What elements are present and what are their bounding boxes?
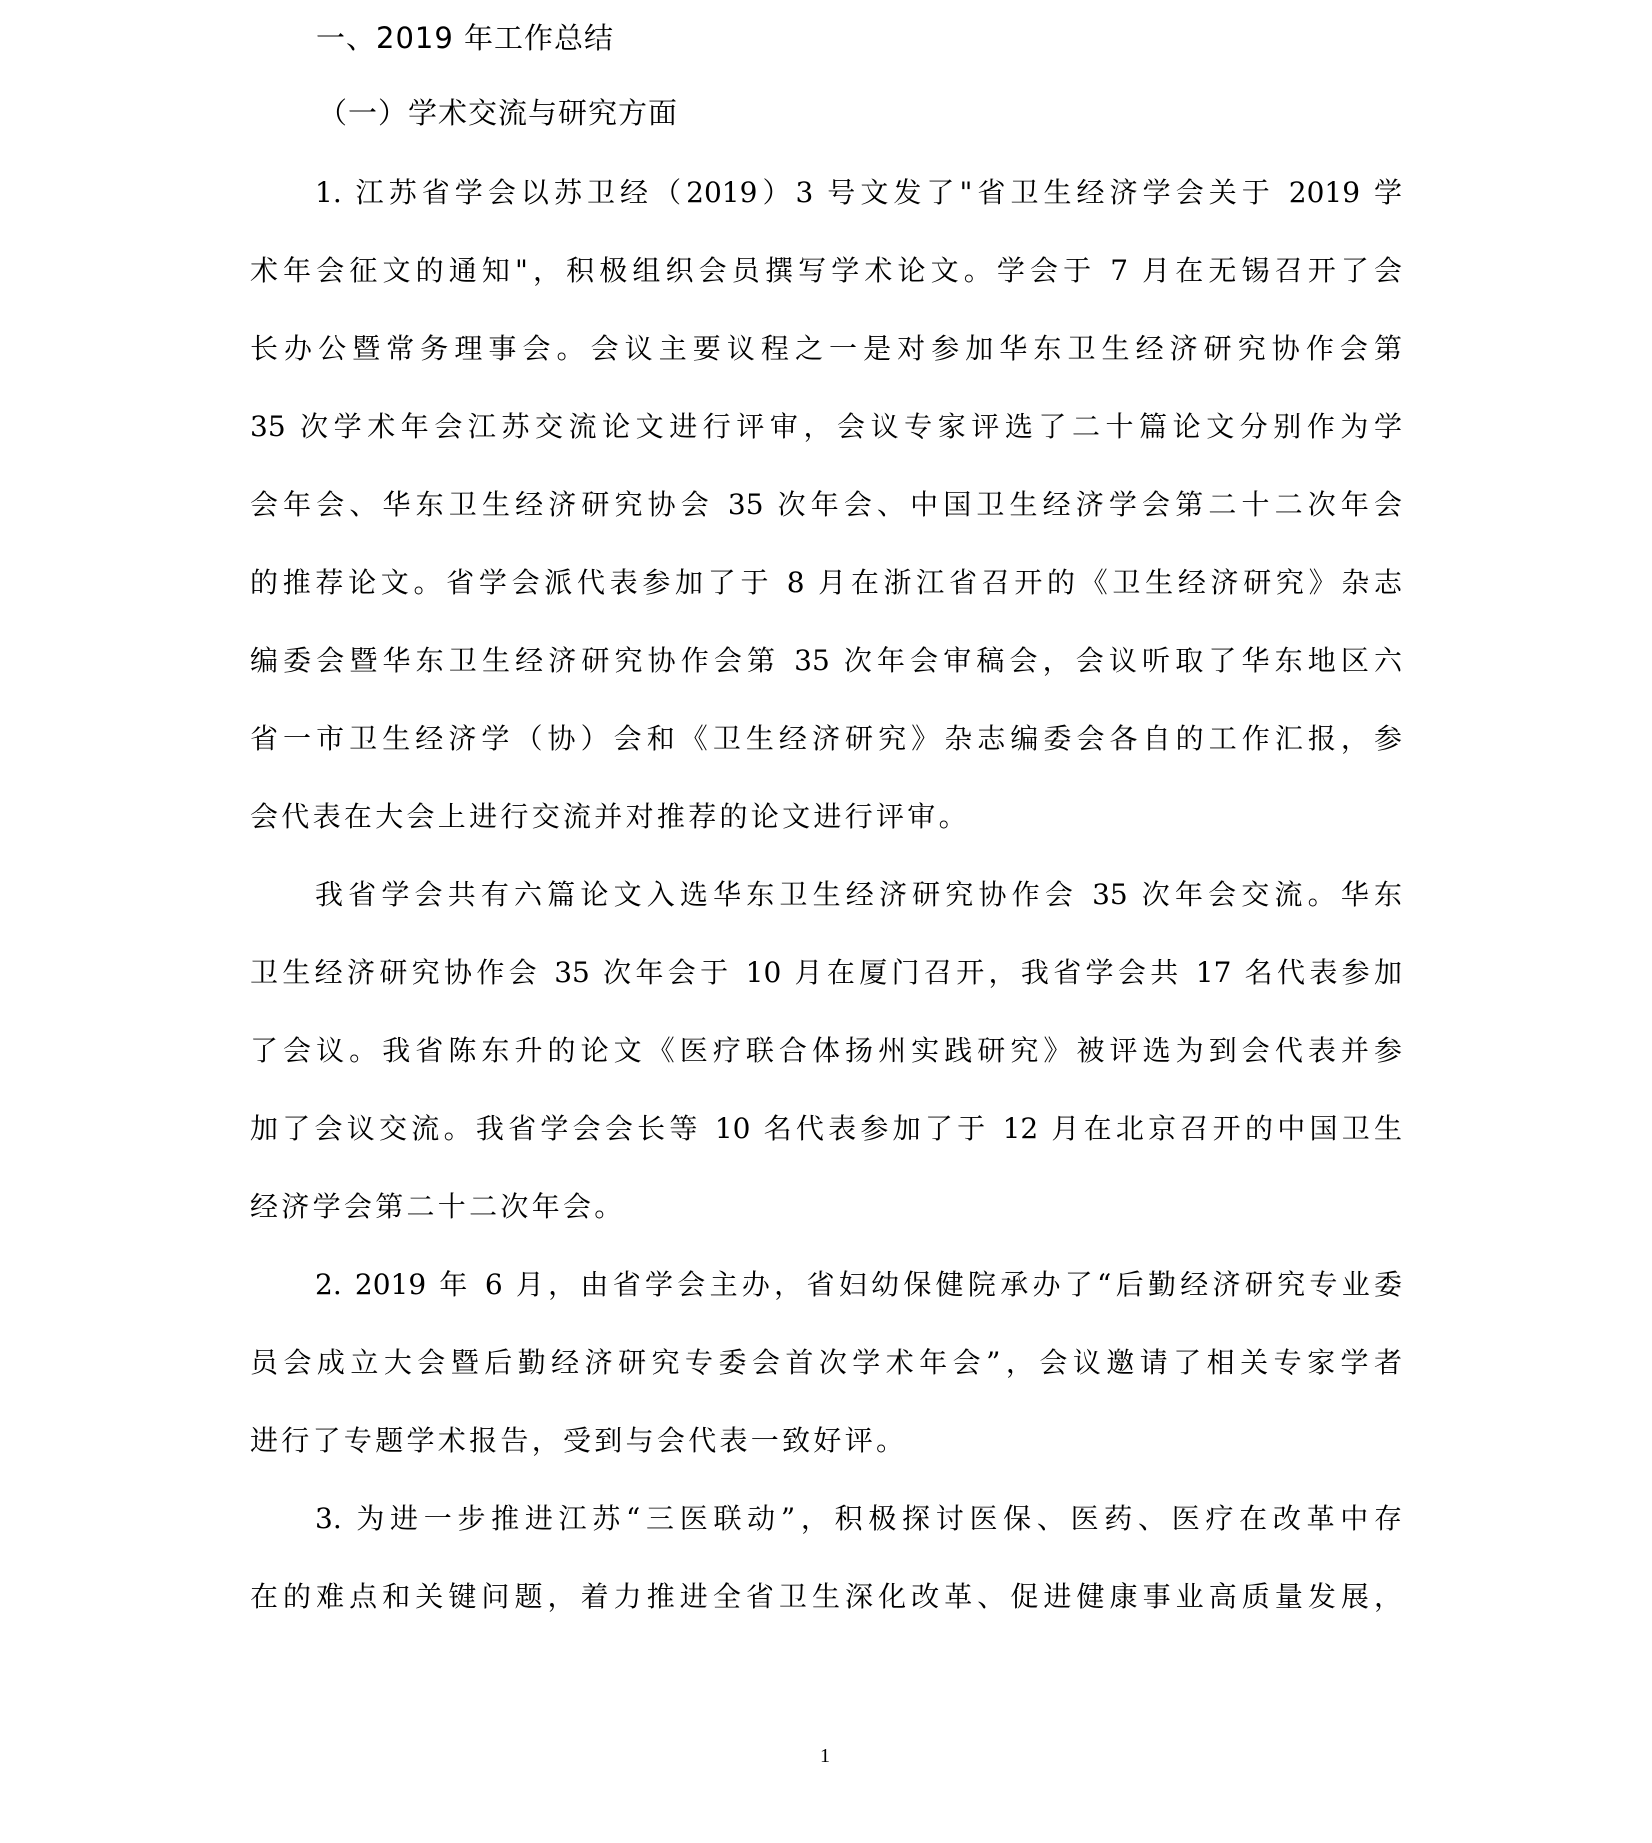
section-heading: 一、2019 年工作总结 <box>316 16 614 57</box>
text-line: 的推荐论文。省学会派代表参加了于 8 月在浙江省召开的《卫生经济研究》杂志 <box>250 563 1402 603</box>
text-line: 会代表在大会上进行交流并对推荐的论文进行评审。 <box>250 797 1402 837</box>
text-line: 长办公暨常务理事会。会议主要议程之一是对参加华东卫生经济研究协作会第 <box>250 329 1402 369</box>
text-line: 3. 为进一步推进江苏“三医联动”，积极探讨医保、医药、医疗在改革中存 <box>315 1499 1402 1539</box>
text-line: 35 次学术年会江苏交流论文进行评审，会议专家评选了二十篇论文分别作为学 <box>250 407 1402 447</box>
text-line: 会年会、华东卫生经济研究协会 35 次年会、中国卫生经济学会第二十二次年会 <box>250 485 1402 525</box>
text-line: 省一市卫生经济学（协）会和《卫生经济研究》杂志编委会各自的工作汇报，参 <box>250 719 1402 759</box>
subsection-heading: （一）学术交流与研究方面 <box>318 91 678 132</box>
text-line: 1. 江苏省学会以苏卫经（2019）3 号文发了"省卫生经济学会关于 2019 … <box>315 173 1402 213</box>
text-line: 编委会暨华东卫生经济研究协作会第 35 次年会审稿会，会议听取了华东地区六 <box>250 641 1402 681</box>
text-line: 卫生经济研究协作会 35 次年会于 10 月在厦门召开，我省学会共 17 名代表… <box>250 953 1402 993</box>
text-line: 在的难点和关键问题，着力推进全省卫生深化改革、促进健康事业高质量发展， <box>250 1577 1402 1617</box>
text-line: 经济学会第二十二次年会。 <box>250 1187 1402 1227</box>
text-line: 了会议。我省陈东升的论文《医疗联合体扬州实践研究》被评选为到会代表并参 <box>250 1031 1402 1071</box>
text-line: 我省学会共有六篇论文入选华东卫生经济研究协作会 35 次年会交流。华东 <box>315 875 1402 915</box>
text-line: 加了会议交流。我省学会会长等 10 名代表参加了于 12 月在北京召开的中国卫生 <box>250 1109 1402 1149</box>
text-line: 员会成立大会暨后勤经济研究专委会首次学术年会”，会议邀请了相关专家学者 <box>250 1343 1402 1383</box>
text-line: 2. 2019 年 6 月，由省学会主办，省妇幼保健院承办了“后勤经济研究专业委 <box>315 1265 1402 1305</box>
page-number: 1 <box>820 1745 830 1768</box>
text-line: 进行了专题学术报告，受到与会代表一致好评。 <box>250 1421 1402 1461</box>
text-line: 术年会征文的通知"，积极组织会员撰写学术论文。学会于 7 月在无锡召开了会 <box>250 251 1402 291</box>
